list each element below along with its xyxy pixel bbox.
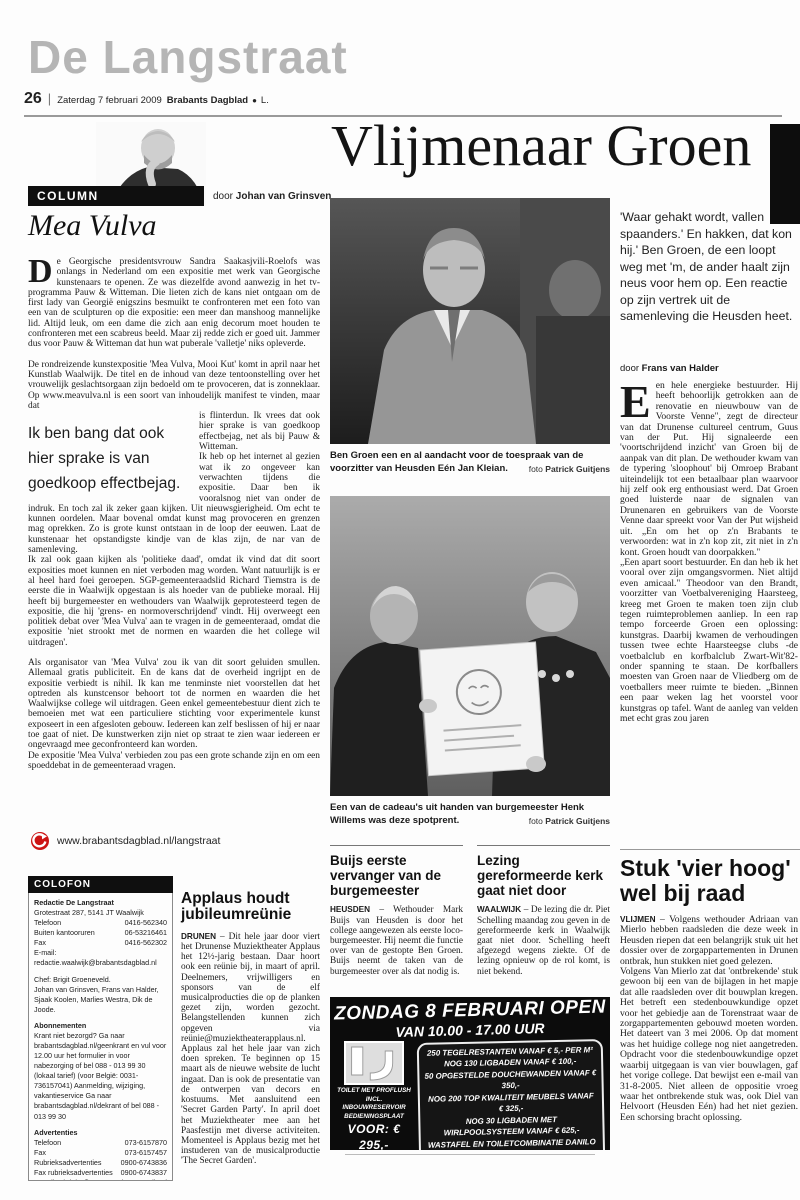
column-body: De Georgische presidentsvrouw Sandra Saa…	[28, 257, 320, 825]
website-link: www.brabantsdagblad.nl/langstraat	[30, 831, 220, 851]
main-article-paragraph: „Een apart soort bestuurder. En dan heb …	[620, 558, 798, 725]
stuk-dateline: VLIJMEN	[620, 915, 656, 924]
ad-toilet-offer: TOILET MET PROFLUSH INCL. INBOUWRESERVOI…	[336, 1041, 412, 1150]
main-article-paragraph: Een hele energieke bestuurder. Hij heeft…	[620, 381, 798, 558]
colofon-abo-text: Krant niet bezorgd? Ga naar brabantsdagb…	[34, 1031, 167, 1122]
main-article-dropcap: E	[620, 381, 656, 421]
photo-ben-groen-speech	[330, 198, 610, 444]
colofon-email: redactie.waalwijk@brabantsdagblad.nl	[34, 958, 167, 968]
ad-offers-box: 250 TEGELRESTANTEN VANAF € 5,- PER M² NO…	[417, 1039, 606, 1150]
section-title: De Langstraat	[28, 30, 348, 84]
column-dropcap: D	[28, 257, 57, 285]
column-paragraph: De Georgische presidentsvrouw Sandra Saa…	[28, 257, 320, 350]
colofon-content: Redactie De Langstraat Grotestraat 287, …	[28, 893, 173, 1181]
brief-headline: Buijs eerste vervanger van de burgemeest…	[330, 853, 463, 898]
colofon-chef: Chef: Brigit Groeneveld.	[34, 975, 167, 985]
ad-toilet-line: BEDIENINGSPLAAT	[336, 1113, 412, 1122]
photo1-illustration	[330, 198, 610, 444]
colofon: COLOFON Redactie De Langstraat Grotestra…	[28, 876, 173, 1181]
edition-code: L.	[261, 95, 269, 106]
website-url: www.brabantsdagblad.nl/langstraat	[57, 835, 220, 847]
column-byline: door Johan van Grinsven	[213, 191, 331, 202]
colofon-row: Fax0416-562302	[34, 938, 167, 948]
colofon-row: Telefoon073-6157870	[34, 1138, 167, 1148]
stuk-headline: Stuk 'vier hoog' wel bij raad	[620, 849, 800, 906]
paper-name: Brabants Dagblad	[167, 95, 248, 106]
metaline-divider: |	[48, 91, 51, 106]
column-title: Mea Vulva	[28, 209, 157, 243]
brief-buijs: Buijs eerste vervanger van de burgemeest…	[330, 845, 463, 977]
column-byline-name: Johan van Grinsven	[236, 191, 332, 202]
colofon-header: COLOFON	[28, 876, 173, 893]
colofon-row: Fax073-6157457	[34, 1148, 167, 1158]
stuk-paragraph: Volgens Van Mierlo zat dat 'ontbrekende'…	[620, 967, 798, 1123]
ad-toilet-line: TOILET MET PROFLUSH	[336, 1087, 412, 1096]
colofon-address: Grotestraat 287, 5141 JT Waalwijk	[34, 908, 167, 918]
stuk-paragraph: VLIJMEN – Volgens wethouder Adriaan van …	[620, 915, 798, 967]
page-date: Zaterdag 7 februari 2009	[57, 95, 162, 106]
colofon-adv-title: Advertenties	[34, 1128, 167, 1138]
photo2-illustration	[330, 496, 610, 796]
colofon-abo-title: Abonnementen	[34, 1021, 167, 1031]
colofon-email-label: E-mail:	[34, 948, 167, 958]
main-article-body: Een hele energieke bestuurder. Hij heeft…	[620, 381, 798, 843]
ad-toilet-price: VOOR: € 295,-	[336, 1121, 412, 1150]
edition-bullet: ●	[252, 96, 257, 105]
applaus-body: DRUNEN – Dit hele jaar door viert het Dr…	[181, 932, 320, 1167]
ad-offer-line: NOG 30 LIGBADEN MET WIRLPOOLSYSTEEM VANA…	[425, 1113, 597, 1140]
applaus-headline: Applaus houdt jubileumreünie	[181, 891, 320, 924]
colofon-row: Rubrieksadvertenties0900-6743836	[34, 1158, 167, 1168]
brief-headline: Lezing gereformeerde kerk gaat niet door	[477, 853, 610, 898]
main-article-byline: door Frans van Halder	[620, 363, 719, 374]
column-paragraph: De rondreizende kunstexpositie 'Mea Vulv…	[28, 360, 320, 411]
main-article-intro: 'Waar gehakt wordt, vallen spaanders.' E…	[620, 209, 798, 325]
brief-body: HEUSDEN – Wethouder Mark Buijs van Heusd…	[330, 905, 463, 976]
photo2-credit: foto Patrick Guitjens	[529, 816, 610, 828]
toilet-photo	[344, 1041, 404, 1085]
photo1-credit: foto Patrick Guitjens	[529, 464, 610, 476]
column-kicker-label: COLUMN	[37, 189, 99, 203]
ad-toilet-line: INCL. INBOUWRESERVOIR	[336, 1096, 412, 1113]
newspaper-page: De Langstraat 26 | Zaterdag 7 februari 2…	[0, 0, 800, 1200]
colofon-staff: Johan van Grinsven, Frans van Halder, Sj…	[34, 985, 167, 1015]
column-paragraph: Als organisator van 'Mea Vulva' zou ik v…	[28, 658, 320, 751]
toilet-illustration	[346, 1043, 402, 1083]
photo1-caption: Ben Groen een en al aandacht voor de toe…	[330, 449, 610, 476]
ad-main-row: TOILET MET PROFLUSH INCL. INBOUWRESERVOI…	[330, 1038, 610, 1150]
colofon-row: Buiten kantooruren06-53216461	[34, 928, 167, 938]
stuk-body: VLIJMEN – Volgens wethouder Adriaan van …	[620, 915, 798, 1197]
web-arrow-icon	[30, 831, 50, 851]
brief-body: WAALWIJK – De lezing die dr. Piet Schell…	[477, 905, 610, 976]
colofon-row: Telefoon0416-562340	[34, 918, 167, 928]
brief-dateline: HEUSDEN	[330, 905, 370, 914]
pull-quote: Ik ben bang dat ook hier sprake is van g…	[28, 421, 186, 496]
column-kicker: COLUMN	[28, 186, 204, 206]
column-paragraph: De expositie 'Mea Vulva' verbieden zou p…	[28, 751, 320, 772]
page-number: 26	[24, 90, 42, 108]
photo-cartoon-gift	[330, 496, 610, 796]
colofon-row: E-mail:rubrieks@wegenernieuwsmedia.nl	[34, 1178, 167, 1181]
main-headline: Vlijmenaar Groen	[331, 112, 751, 179]
sanitair-dump-advertisement: ZONDAG 8 FEBRUARI OPEN VAN 10.00 - 17.00…	[330, 997, 610, 1150]
column-paragraph: Ik zal ook gaan kijken als 'politieke da…	[28, 555, 320, 648]
colofon-row: Fax rubrieksadvertenties0900-6743837	[34, 1168, 167, 1178]
article-applaus: Applaus houdt jubileumreünie DRUNEN – Di…	[181, 891, 320, 1167]
brief-lezing: Lezing gereformeerde kerk gaat niet door…	[477, 845, 610, 977]
pullquote-wrap: Ik ben bang dat ook hier sprake is van g…	[28, 411, 320, 555]
applaus-dateline: DRUNEN	[181, 932, 216, 941]
ad-divider-line	[345, 1154, 595, 1155]
photo2-caption: Een van de cadeau's uit handen van burge…	[330, 801, 610, 828]
briefs-row: Buijs eerste vervanger van de burgemeest…	[330, 845, 610, 977]
brief-dateline: WAALWIJK	[477, 905, 521, 914]
column-byline-prefix: door	[213, 191, 233, 202]
colofon-title: Redactie De Langstraat	[34, 898, 167, 908]
